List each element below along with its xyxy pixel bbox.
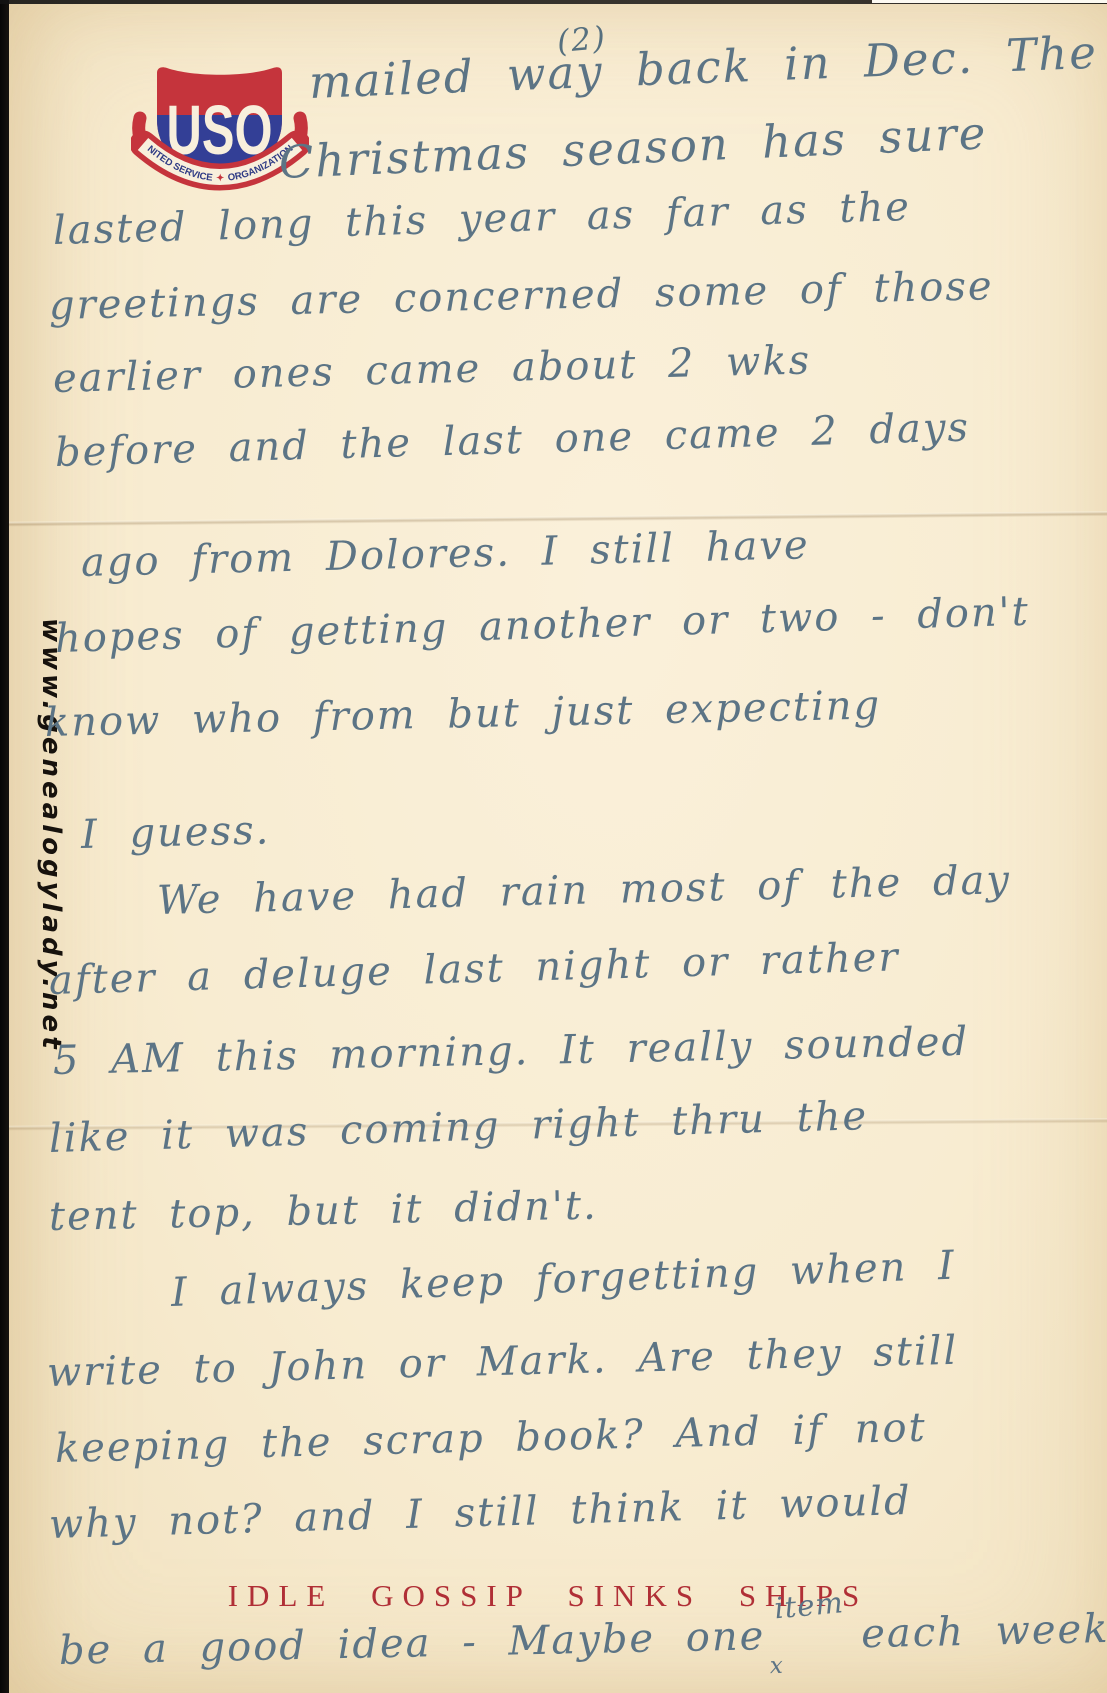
handwritten-line: 5 AM this morning. It really sounded bbox=[53, 1019, 970, 1084]
handwritten-line: tent top, but it didn't. bbox=[49, 1183, 599, 1240]
handwritten-line: before and the last one came 2 days bbox=[54, 404, 970, 476]
fold-crease-upper bbox=[0, 511, 1107, 527]
handwritten-line: ago from Dolores. I still have bbox=[80, 522, 810, 586]
scan-edge-left bbox=[0, 0, 9, 1693]
handwritten-line: I always keep forgetting when I bbox=[170, 1243, 956, 1316]
banner-star-icon: ✦ bbox=[216, 173, 224, 184]
handwritten-line: mailed way back in Dec. The bbox=[308, 26, 1099, 109]
scan-edge-top-sliver bbox=[872, 0, 1107, 3]
scanned-letter-page: USO UNITED SERVICE✦ORGANIZATIONS (2) www… bbox=[0, 0, 1107, 1693]
last-line-pre: be a good idea - Maybe one bbox=[59, 1613, 766, 1674]
handwritten-line: write to John or Mark. Are they still bbox=[46, 1328, 958, 1396]
insertion-stack: itemx bbox=[765, 1645, 861, 1649]
handwritten-line: We have had rain most of the day bbox=[156, 857, 1011, 924]
handwritten-line: keeping the scrap book? And if not bbox=[54, 1405, 927, 1472]
handwritten-line: after a deluge last night or rather bbox=[48, 934, 900, 1004]
handwritten-line: greetings are concerned some of those bbox=[49, 263, 995, 329]
inserted-word: item bbox=[773, 1585, 845, 1625]
letterhead-motto: IDLE GOSSIP SINKS SHIPS bbox=[0, 1578, 1097, 1614]
handwritten-line-with-insertion: be a good idea - Maybe oneitemxeach week… bbox=[59, 1604, 1107, 1674]
handwritten-line: why not? and I still think it would bbox=[48, 1478, 912, 1548]
handwritten-line: hopes of getting another or two - don't bbox=[54, 589, 1030, 662]
handwritten-line: earlier ones came about 2 wks bbox=[52, 337, 811, 402]
handwritten-line: I guess. bbox=[80, 807, 270, 858]
insertion-caret: x bbox=[770, 1653, 786, 1679]
handwritten-line: Christmas season has sure bbox=[278, 106, 988, 189]
handwritten-line: like it was coming right thru the bbox=[48, 1093, 868, 1162]
handwritten-line: know who from but just expecting bbox=[45, 682, 882, 746]
last-line-post: each week or bbox=[861, 1604, 1107, 1657]
letter-paper: USO UNITED SERVICE✦ORGANIZATIONS (2) www… bbox=[9, 0, 1107, 1693]
